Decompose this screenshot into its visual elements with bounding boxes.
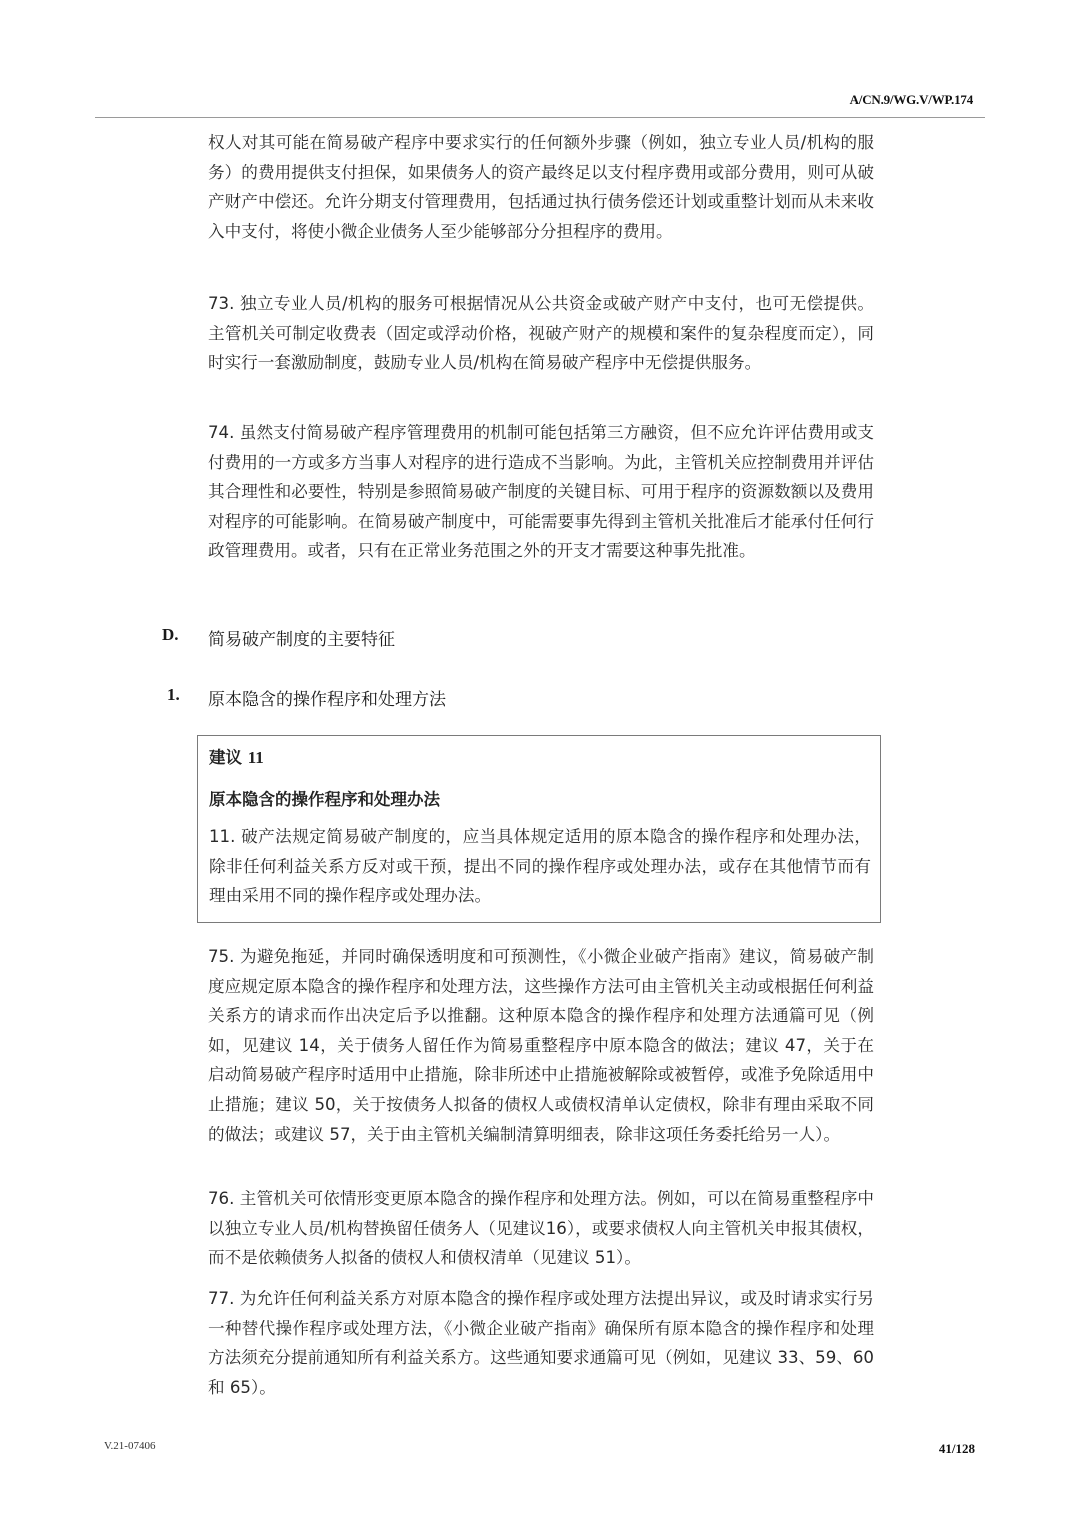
footer-doc-number: V.21-07406 bbox=[104, 1440, 155, 1452]
paragraph-74: 74. 虽然支付简易破产程序管理费用的机制可能包括第三方融资，但不应允许评估费用… bbox=[208, 418, 874, 566]
section-letter: D. bbox=[162, 625, 179, 645]
recommendation-number: 11 bbox=[248, 748, 264, 767]
recommendation-label: 建议 bbox=[209, 748, 242, 767]
footer-page-number: 41/128 bbox=[939, 1441, 975, 1457]
document-symbol: A/CN.9/WG.V/WP.174 bbox=[850, 92, 973, 108]
recommendation-text: 11. 破产法规定简易破产制度的，应当具体规定适用的原本隐含的操作程序和处理办法… bbox=[209, 822, 871, 911]
section-title: 简易破产制度的主要特征 bbox=[208, 625, 395, 650]
subsection-number: 1. bbox=[167, 685, 180, 705]
paragraph-continued: 权人对其可能在简易破产程序中要求实行的任何额外步骤（例如，独立专业人员/机构的服… bbox=[208, 128, 874, 246]
recommendation-title: 建议 11 bbox=[209, 744, 264, 768]
subsection-title: 原本隐含的操作程序和处理方法 bbox=[208, 685, 446, 710]
paragraph-75: 75. 为避免拖延，并同时确保透明度和可预测性，《小微企业破产指南》建议，简易破… bbox=[208, 942, 874, 1149]
paragraph-76: 76. 主管机关可依情形变更原本隐含的操作程序和处理方法。例如，可以在简易重整程… bbox=[208, 1184, 874, 1273]
header-rule bbox=[95, 117, 985, 118]
paragraph-77: 77. 为允许任何利益关系方对原本隐含的操作程序或处理方法提出异议，或及时请求实… bbox=[208, 1284, 874, 1402]
recommendation-box: 建议 11 原本隐含的操作程序和处理办法 11. 破产法规定简易破产制度的，应当… bbox=[197, 735, 881, 923]
paragraph-73: 73. 独立专业人员/机构的服务可根据情况从公共资金或破产财产中支付，也可无偿提… bbox=[208, 289, 874, 378]
recommendation-subtitle: 原本隐含的操作程序和处理办法 bbox=[209, 786, 440, 810]
